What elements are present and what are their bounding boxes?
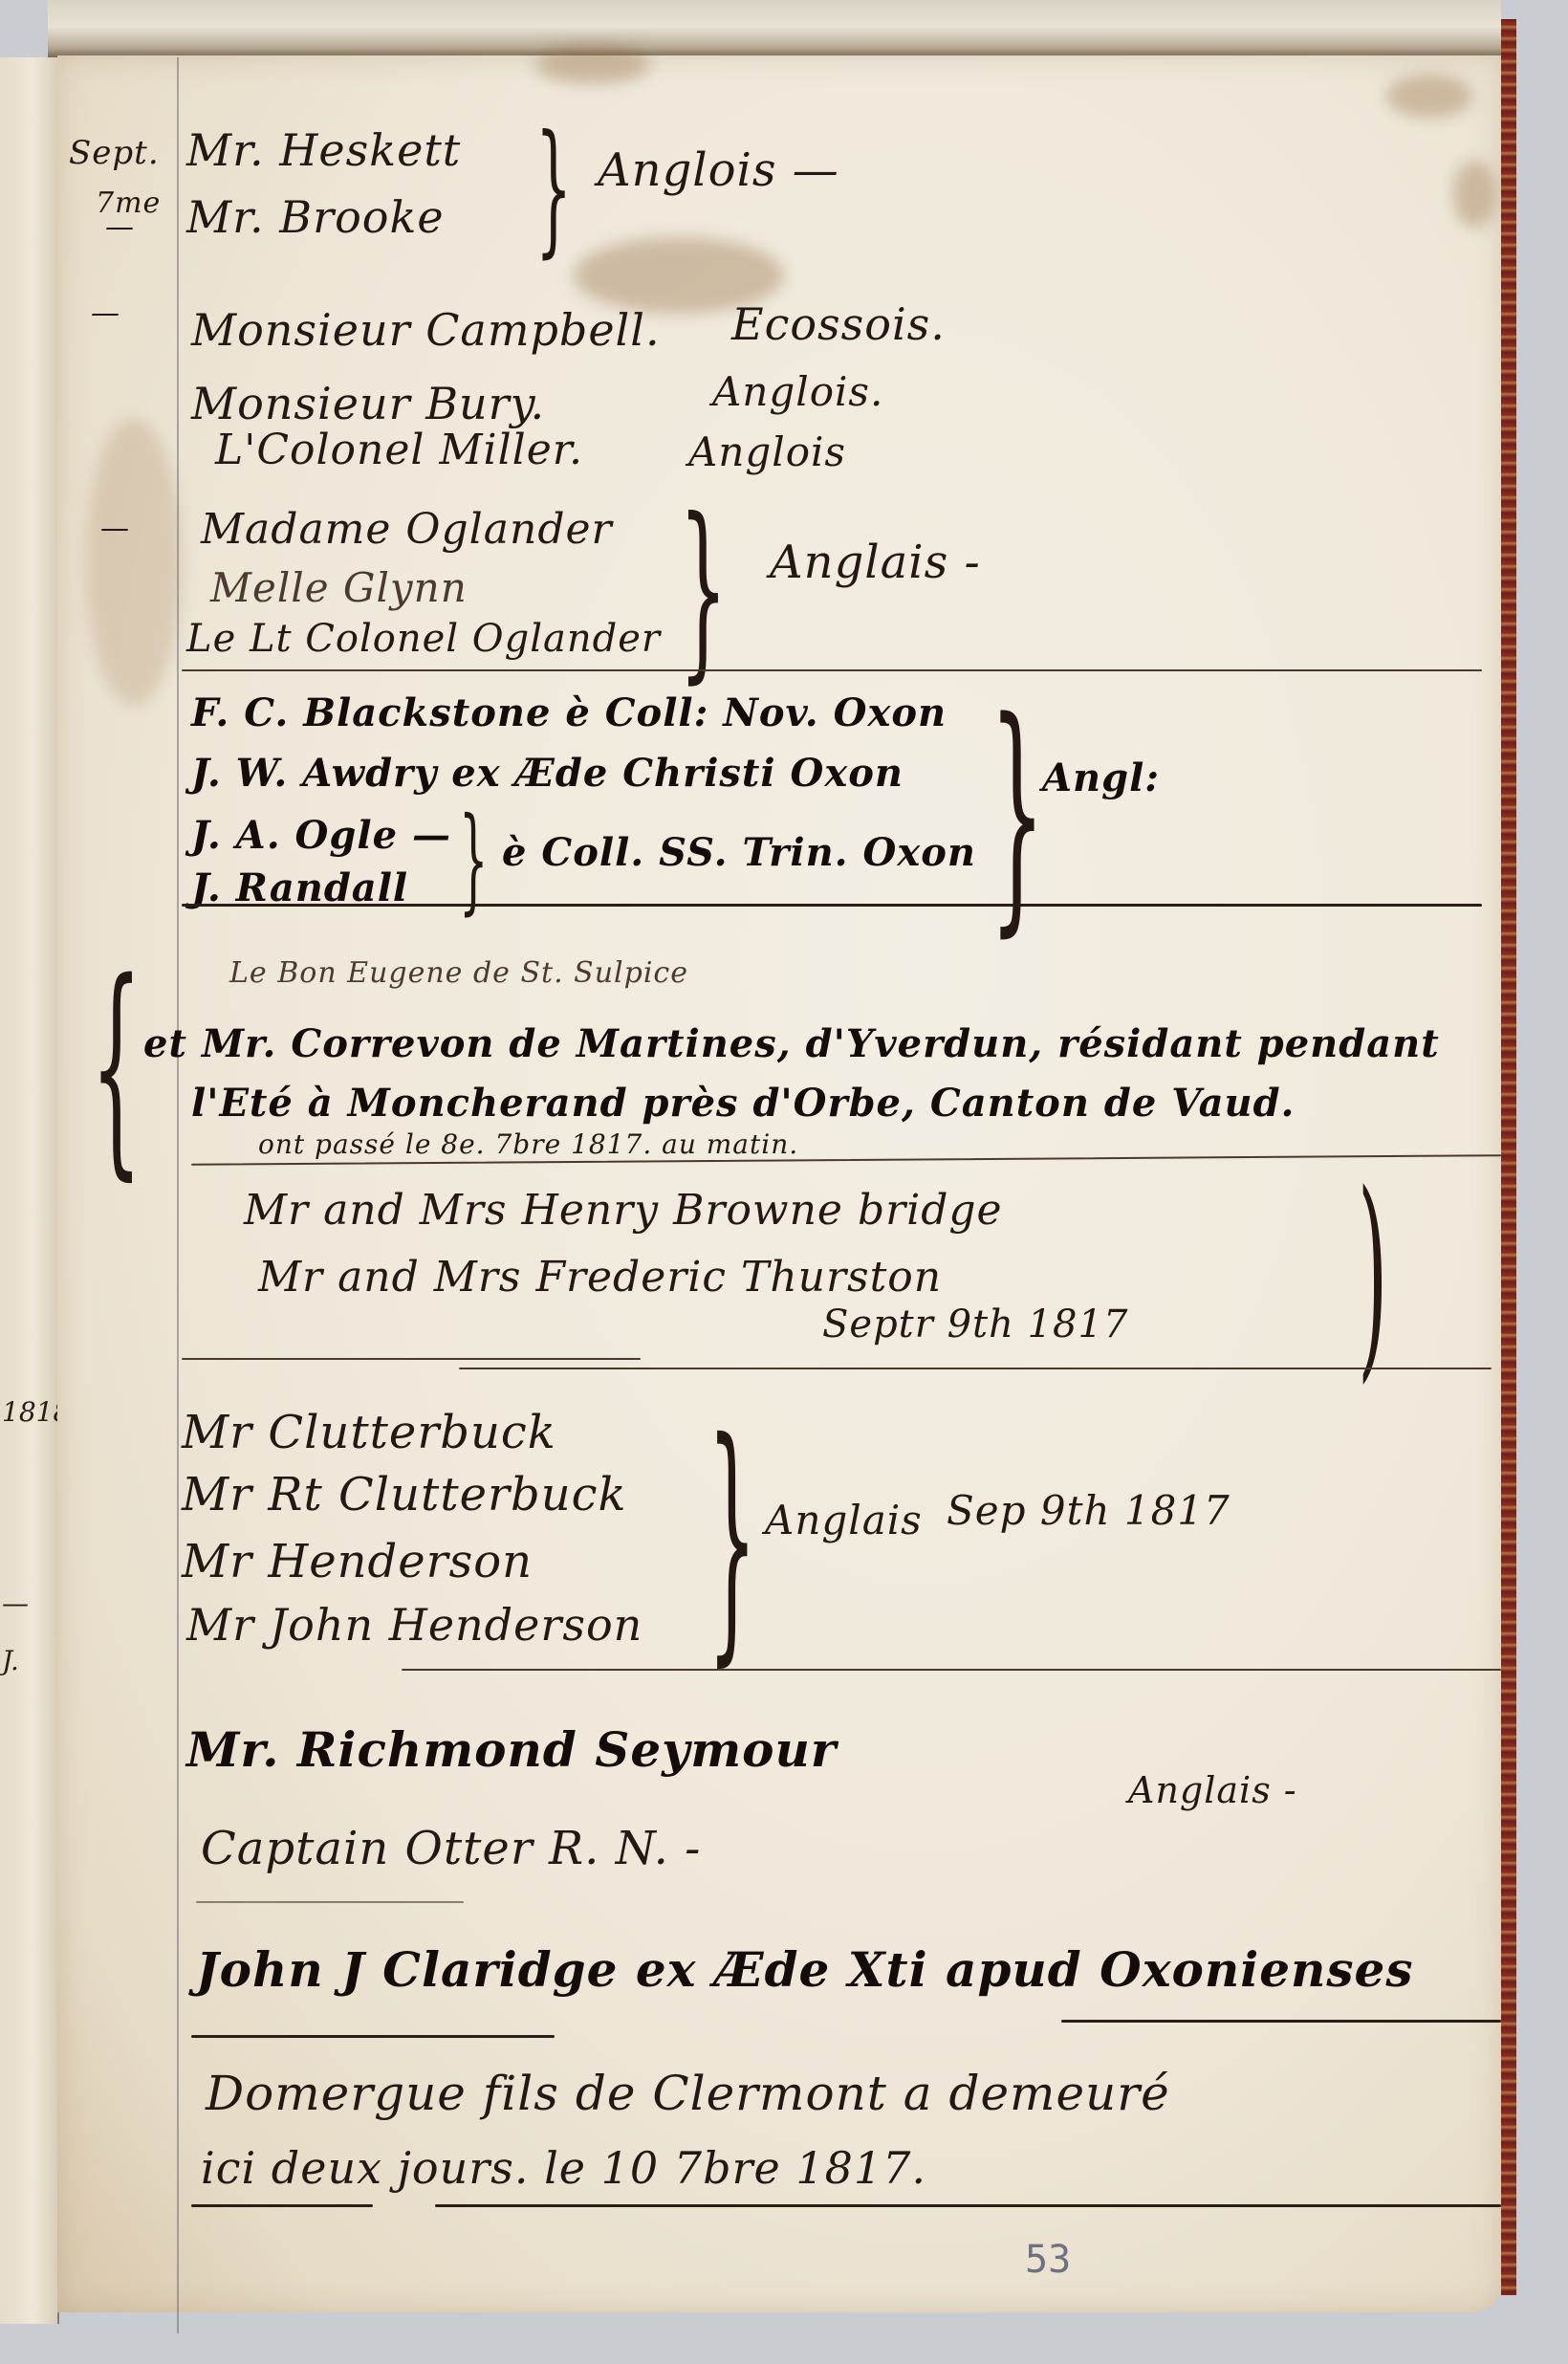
ink-stain <box>535 46 650 84</box>
brace-icon: { <box>91 932 142 1200</box>
left-page-fragment: J. <box>2 1645 19 1676</box>
entry-name: Mr John Henderson <box>186 1599 642 1651</box>
entry-divider <box>191 2035 555 2038</box>
entry-name: Madame Oglander <box>201 505 613 554</box>
entry-group-note: è Coll. SS. Trin. Oxon <box>502 830 976 875</box>
entry-name: Mr and Mrs Henry Browne bridge <box>244 1186 1003 1235</box>
entry-divider <box>402 1669 1501 1671</box>
entry-nationality: Anglois. <box>712 368 883 415</box>
entry-divider <box>196 1901 464 1903</box>
entry-line: et Mr. Correvon de Martines, d'Yverdun, … <box>143 1021 1440 1066</box>
entry-nationality: Anglais - <box>1128 1769 1297 1811</box>
adjacent-left-page: 1818 — J. <box>0 57 59 2324</box>
entry-line: ici deux jours. le 10 7bre 1817. <box>201 2142 926 2194</box>
entry-line: John J Claridge ex Æde Xti apud Oxoniens… <box>196 1941 1413 1998</box>
entry-name: Mr. Heskett <box>186 124 461 176</box>
entry-name: Mr Rt Clutterbuck <box>182 1468 627 1521</box>
water-stain <box>1453 161 1496 228</box>
entry-date: Sep 9th 1817 <box>947 1487 1230 1534</box>
entry-line: ont passé le 8e. 7bre 1817. au matin. <box>258 1128 798 1160</box>
entry-date: Septr 9th 1817 <box>822 1302 1128 1346</box>
entry-name: Monsieur Campbell. <box>191 304 661 356</box>
entry-name: Captain Otter R. N. - <box>201 1822 701 1875</box>
entry-name: Mr Clutterbuck <box>182 1406 556 1459</box>
entry-nationality: Anglois <box>688 428 846 475</box>
page-number-stamp: 53 <box>1025 2238 1071 2282</box>
entry-name: Mr Henderson <box>182 1535 533 1588</box>
book-binding-edge <box>1501 19 1516 2295</box>
entry-name: Melle Glynn <box>210 564 468 611</box>
entry-name: L'Colonel Miller. <box>215 426 583 474</box>
entry-name: Mr. Richmond Seymour <box>186 1721 837 1778</box>
entry-divider <box>182 669 1482 671</box>
entry-divider <box>1061 2020 1501 2023</box>
entry-nationality: Anglais <box>765 1497 923 1543</box>
margin-dash: — <box>105 210 135 244</box>
brace-icon: ) <box>1358 1148 1387 1403</box>
margin-rule <box>177 57 179 2333</box>
entry-nationality: Ecossois. <box>731 298 946 350</box>
entry-name: Mr. Brooke <box>186 191 445 243</box>
entry-nationality: Anglois — <box>598 143 839 197</box>
brace-icon: } <box>708 1387 757 1688</box>
margin-date-month: Sept. <box>69 134 160 172</box>
entry-line: Le Bon Eugene de St. Sulpice <box>229 956 688 990</box>
brace-icon: } <box>990 669 1045 958</box>
entry-divider <box>435 2204 1501 2207</box>
margin-dash: — <box>91 296 120 330</box>
entry-nationality: Angl: <box>1042 755 1160 800</box>
entry-name: F. C. Blackstone è Coll: Nov. Oxon <box>191 690 947 735</box>
entry-nationality: Anglais - <box>770 536 981 589</box>
book-top-edge <box>48 0 1501 62</box>
entry-divider <box>459 1368 1492 1369</box>
water-stain <box>86 419 182 706</box>
margin-dash: — <box>100 512 130 545</box>
entry-name: Monsieur Bury. <box>191 378 545 429</box>
entry-name: Le Lt Colonel Oglander <box>186 617 661 661</box>
entry-divider <box>191 2204 373 2207</box>
brace-icon: } <box>459 794 489 927</box>
entry-name: J. A. Ogle — <box>191 813 451 858</box>
left-page-fragment: — <box>2 1587 29 1619</box>
entry-line: l'Eté à Moncherand près d'Orbe, Canton d… <box>191 1081 1295 1126</box>
brace-icon: } <box>535 105 572 272</box>
entry-name: Mr and Mrs Frederic Thurston <box>258 1253 942 1302</box>
entry-name: J. W. Awdry ex Æde Christi Oxon <box>191 751 904 796</box>
brace-icon: } <box>679 478 728 701</box>
water-stain <box>1386 75 1472 118</box>
entry-divider <box>182 1358 641 1360</box>
entry-divider <box>182 904 1482 907</box>
entry-line: Domergue fils de Clermont a demeuré <box>206 2066 1170 2121</box>
